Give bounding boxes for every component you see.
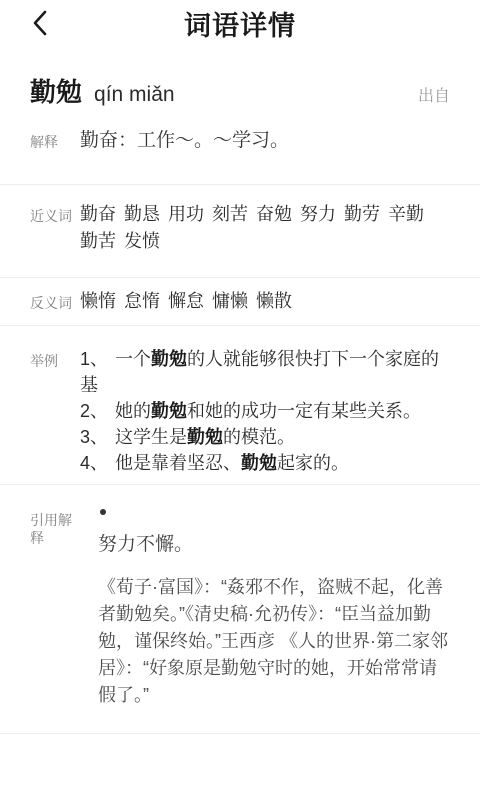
definition-section: 解释 勤奋：工作～。～学习。 [0, 113, 480, 185]
bullet-icon [100, 509, 106, 515]
citation-label: 引用解释 [30, 505, 80, 547]
example-number: 4、 [80, 453, 108, 473]
example-text-segment: 他是靠着坚忍、 [115, 453, 241, 473]
citation-content: 努力不懈。 《荀子·富国》：“姦邪不作，盗贼不起，化善者勤勉矣。”《清史稿·允礽… [98, 505, 450, 709]
synonyms-section: 近义词 勤奋勤恳用功刻苦奋勉努力勤劳辛勤勤苦发愤 [0, 185, 480, 278]
examples-label: 举例 [30, 346, 80, 370]
pinyin: qín miǎn [94, 83, 175, 107]
example-item: 4、他是靠着坚忍、勤勉起家的。 [80, 450, 450, 476]
page-title: 词语详情 [184, 4, 296, 43]
word-detail-screen: 词语详情 勤勉 qín miǎn 出自 解释 勤奋：工作～。～学习。 近义词 勤… [0, 0, 480, 800]
example-text-segment: 这学生是 [115, 427, 187, 447]
citation-quote: 《荀子·富国》：“姦邪不作，盗贼不起，化善者勤勉矣。”《清史稿·允礽传》：“臣当… [98, 574, 450, 709]
citation-summary: 努力不懈。 [98, 531, 450, 558]
back-button[interactable] [18, 0, 62, 46]
antonyms-section: 反义词 懒惰怠惰懈怠慵懒懒散 [0, 278, 480, 326]
headword-highlight: 勤勉 [151, 349, 187, 369]
headword-highlight: 勤勉 [241, 453, 277, 473]
citation-section: 引用解释 努力不懈。 《荀子·富国》：“姦邪不作，盗贼不起，化善者勤勉矣。”《清… [0, 485, 480, 734]
example-number: 2、 [80, 401, 108, 421]
synonyms-list: 勤奋勤恳用功刻苦奋勉努力勤劳辛勤勤苦发愤 [80, 201, 450, 255]
related-word[interactable]: 勤奋 [80, 201, 116, 228]
example-text-segment: 起家的。 [277, 453, 349, 473]
example-item: 1、一个勤勉的人就能够很快打下一个家庭的基 [80, 346, 450, 398]
headword-highlight: 勤勉 [151, 401, 187, 421]
examples-section: 举例 1、一个勤勉的人就能够很快打下一个家庭的基2、她的勤勉和她的成功一定有某些… [0, 326, 480, 485]
antonyms-label: 反义词 [30, 288, 80, 312]
examples-list: 1、一个勤勉的人就能够很快打下一个家庭的基2、她的勤勉和她的成功一定有某些关系。… [80, 346, 450, 476]
related-word[interactable]: 发愤 [124, 228, 160, 255]
source-link[interactable]: 出自 [418, 83, 450, 106]
antonyms-list: 懒惰怠惰懈怠慵懒懒散 [80, 288, 450, 315]
related-word[interactable]: 辛勤 [388, 201, 424, 228]
example-text-segment: 一个 [115, 349, 151, 369]
related-word[interactable]: 刻苦 [212, 201, 248, 228]
related-word[interactable]: 懈怠 [168, 288, 204, 315]
related-word[interactable]: 奋勉 [256, 201, 292, 228]
definition-text: 勤奋：工作～。～学习。 [80, 127, 450, 154]
header: 词语详情 [0, 0, 480, 46]
word-detail-content: 勤勉 qín miǎn 出自 解释 勤奋：工作～。～学习。 近义词 勤奋勤恳用功… [0, 46, 480, 734]
example-number: 1、 [80, 349, 108, 369]
related-word[interactable]: 懒惰 [80, 288, 116, 315]
definition-label: 解释 [30, 127, 80, 151]
example-item: 2、她的勤勉和她的成功一定有某些关系。 [80, 398, 450, 424]
headword-highlight: 勤勉 [187, 427, 223, 447]
related-word[interactable]: 努力 [300, 201, 336, 228]
example-text-segment: 和她的成功一定有某些关系。 [187, 401, 421, 421]
related-word[interactable]: 勤劳 [344, 201, 380, 228]
related-word[interactable]: 怠惰 [124, 288, 160, 315]
example-item: 3、这学生是勤勉的模范。 [80, 424, 450, 450]
example-text-segment: 她的 [115, 401, 151, 421]
related-word[interactable]: 懒散 [256, 288, 292, 315]
related-word[interactable]: 勤苦 [80, 228, 116, 255]
related-word[interactable]: 勤恳 [124, 201, 160, 228]
word-row: 勤勉 qín miǎn 出自 [0, 46, 480, 113]
related-word[interactable]: 慵懒 [212, 288, 248, 315]
related-word[interactable]: 用功 [168, 201, 204, 228]
headword: 勤勉 [30, 72, 82, 109]
example-text-segment: 的模范。 [223, 427, 295, 447]
chevron-left-icon [32, 10, 48, 36]
example-number: 3、 [80, 427, 108, 447]
synonyms-label: 近义词 [30, 201, 80, 225]
